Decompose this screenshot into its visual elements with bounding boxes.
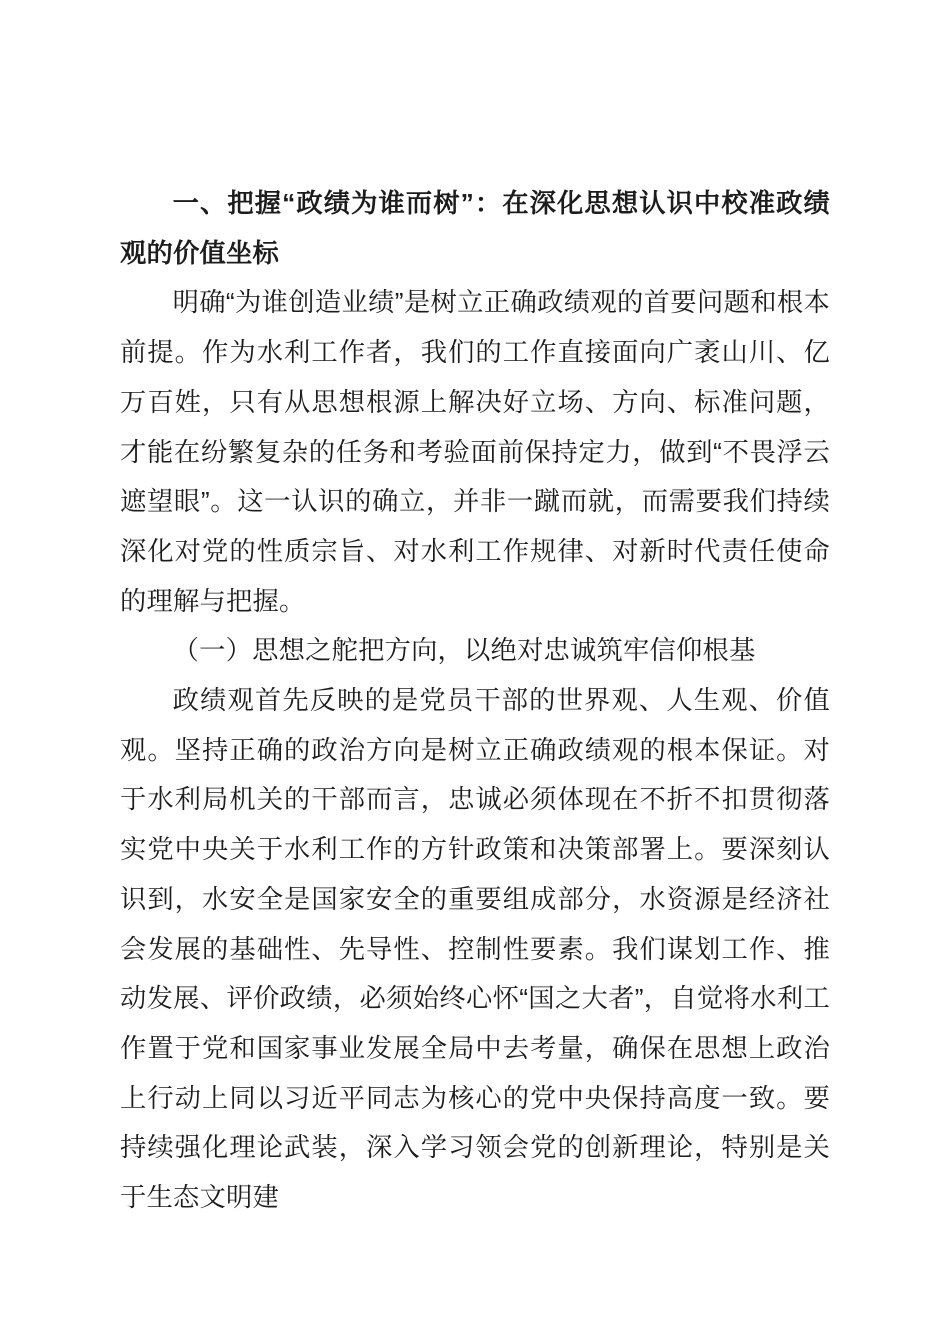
body-paragraph-2: 政绩观首先反映的是党员干部的世界观、人生观、价值观。坚持正确的政治方向是树立正确… — [120, 676, 830, 1223]
section-heading: 一、把握“政绩为谁而树”：在深化思想认识中校准政绩观的价值坐标 — [120, 179, 830, 278]
document-content: 一、把握“政绩为谁而树”：在深化思想认识中校准政绩观的价值坐标 明确“为谁创造业… — [120, 179, 830, 1223]
body-paragraph-1: 明确“为谁创造业绩”是树立正确政绩观的首要问题和根本前提。作为水利工作者，我们的… — [120, 278, 830, 626]
document-page: 一、把握“政绩为谁而树”：在深化思想认识中校准政绩观的价值坐标 明确“为谁创造业… — [0, 0, 950, 1344]
subsection-heading: （一）思想之舵把方向，以绝对忠诚筑牢信仰根基 — [120, 626, 830, 676]
